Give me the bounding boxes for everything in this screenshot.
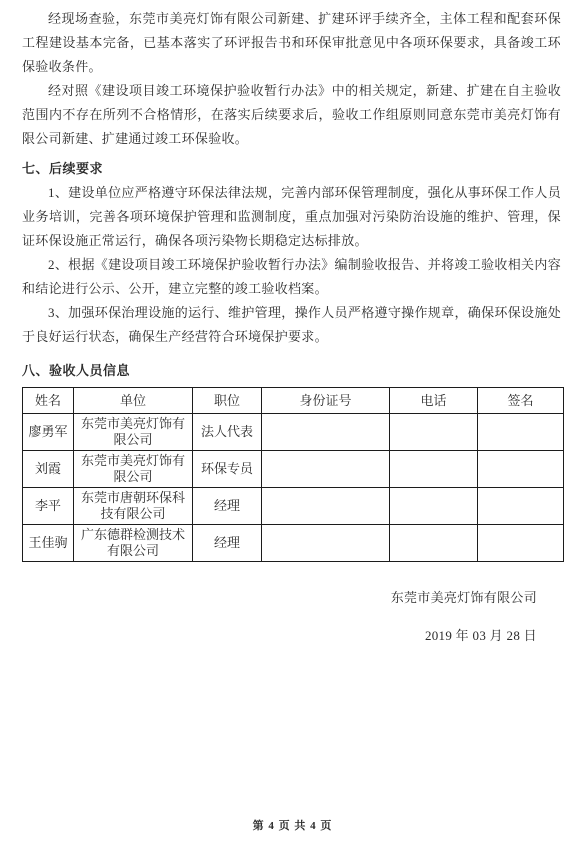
cell-name: 李平 [23,488,74,525]
document-page: 经现场查验，东莞市美亮灯饰有限公司新建、扩建环评手续齐全，主体工程和配套环保工程… [0,0,585,845]
cell-phone [390,525,478,562]
column-header-name: 姓名 [23,388,74,414]
table-row: 李平 东莞市唐朝环保科技有限公司 经理 [23,488,564,525]
column-header-position: 职位 [193,388,262,414]
cell-name: 王佳驹 [23,525,74,562]
signature-block: 东莞市美亮灯饰有限公司 2019 年 03 月 28 日 [22,586,537,648]
cell-id-number [262,414,390,451]
table-header-row: 姓名 单位 职位 身份证号 电话 签名 [23,388,564,414]
cell-signature [478,414,564,451]
document-content: 经现场查验，东莞市美亮灯饰有限公司新建、扩建环评手续齐全，主体工程和配套环保工程… [0,0,585,648]
paragraph-acceptance-conclusion: 经对照《建设项目竣工环境保护验收暂行办法》中的相关规定，新建、扩建在自主验收范围… [22,79,561,151]
cell-position: 环保专员 [193,451,262,488]
follow-up-item-2: 2、根据《建设项目竣工环境保护验收暂行办法》编制验收报告、并将竣工验收相关内容和… [22,253,561,301]
column-header-id-number: 身份证号 [262,388,390,414]
column-header-signature: 签名 [478,388,564,414]
page-number-footer: 第 4 页 共 4 页 [0,817,585,833]
cell-id-number [262,525,390,562]
cell-phone [390,414,478,451]
cell-position: 经理 [193,525,262,562]
cell-unit: 东莞市美亮灯饰有限公司 [74,451,193,488]
cell-phone [390,451,478,488]
cell-signature [478,488,564,525]
cell-unit: 广东德群检测技术有限公司 [74,525,193,562]
column-header-phone: 电话 [390,388,478,414]
section-heading-follow-up-requirements: 七、后续要求 [22,157,561,181]
paragraph-inspection-result: 经现场查验，东莞市美亮灯饰有限公司新建、扩建环评手续齐全，主体工程和配套环保工程… [22,7,561,79]
section-heading-personnel-info: 八、验收人员信息 [22,359,561,383]
follow-up-item-1: 1、建设单位应严格遵守环保法律法规，完善内部环保管理制度，强化从事环保工作人员业… [22,181,561,253]
column-header-unit: 单位 [74,388,193,414]
cell-signature [478,451,564,488]
table-row: 刘霞 东莞市美亮灯饰有限公司 环保专员 [23,451,564,488]
follow-up-item-3: 3、加强环保治理设施的运行、维护管理，操作人员严格遵守操作规章，确保环保设施处于… [22,301,561,349]
cell-id-number [262,488,390,525]
cell-position: 法人代表 [193,414,262,451]
cell-unit: 东莞市美亮灯饰有限公司 [74,414,193,451]
signature-date: 2019 年 03 月 28 日 [22,624,537,648]
cell-unit: 东莞市唐朝环保科技有限公司 [74,488,193,525]
cell-position: 经理 [193,488,262,525]
cell-signature [478,525,564,562]
personnel-table: 姓名 单位 职位 身份证号 电话 签名 廖勇军 东莞市美亮灯饰有限公司 法人代表 [22,387,564,562]
signature-company-name: 东莞市美亮灯饰有限公司 [22,586,537,610]
cell-name: 廖勇军 [23,414,74,451]
table-row: 廖勇军 东莞市美亮灯饰有限公司 法人代表 [23,414,564,451]
cell-name: 刘霞 [23,451,74,488]
cell-id-number [262,451,390,488]
table-row: 王佳驹 广东德群检测技术有限公司 经理 [23,525,564,562]
cell-phone [390,488,478,525]
